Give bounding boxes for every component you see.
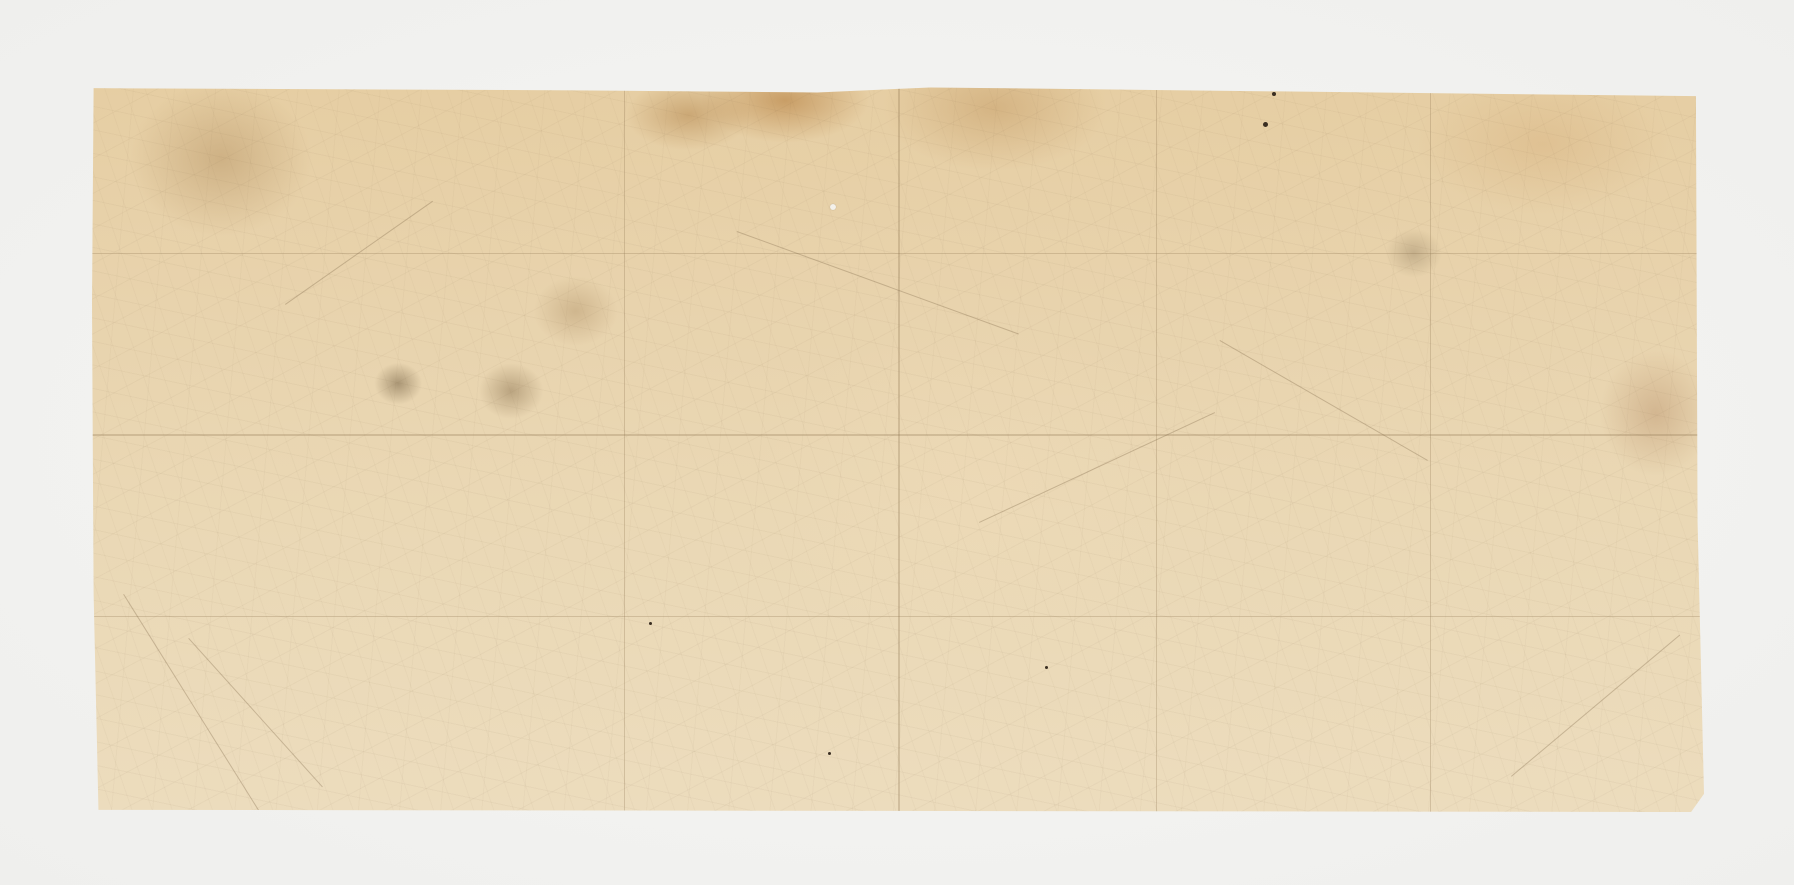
vertical-fold-crease (1430, 86, 1432, 812)
vertical-fold-crease (624, 86, 626, 812)
horizontal-fold-crease (92, 616, 1704, 618)
horizontal-fold-crease (92, 434, 1704, 436)
photo-background (0, 0, 1794, 885)
pin-hole (830, 204, 836, 210)
ink-speck (1263, 122, 1268, 127)
vertical-fold-crease (898, 86, 900, 812)
aged-paper-note (92, 86, 1704, 812)
vertical-fold-crease (1156, 86, 1158, 812)
horizontal-fold-crease (92, 253, 1704, 255)
ink-speck (649, 622, 652, 625)
ink-speck (1272, 92, 1276, 96)
ink-speck (1045, 666, 1048, 669)
ink-speck (828, 752, 831, 755)
